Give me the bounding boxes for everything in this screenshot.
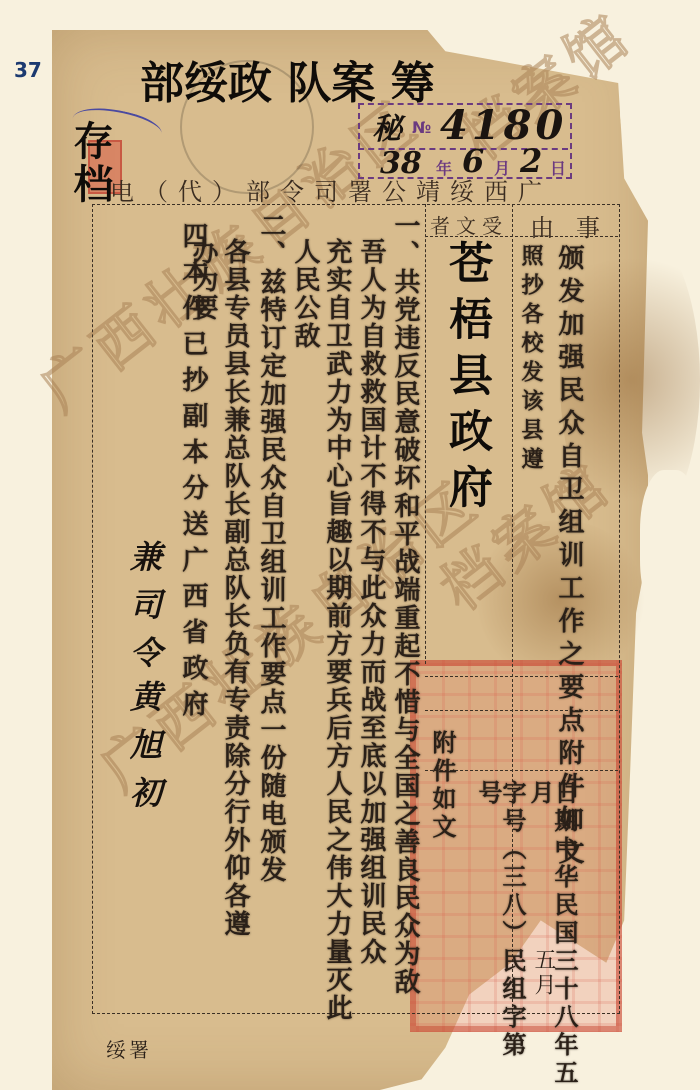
footer-office-mark: 绥署 <box>106 1040 152 1060</box>
header-recipient: 受文者 <box>430 210 508 239</box>
recipient-name: 苍梧县政府 <box>444 240 488 520</box>
margin-note-month: 五月 <box>532 948 554 998</box>
attachment-note: 附件如文 <box>430 730 454 842</box>
stamp-prefix: 秘 <box>372 104 402 148</box>
registration-number: 4180 <box>440 102 567 149</box>
table-divider <box>425 710 618 711</box>
subject-text: 颁发加强民众自卫组训工作之要点附件如文 <box>556 244 582 871</box>
body-paragraph-1-line-1: 一、共党违反民意破坏和平战端重起不惜与全国之善良民众为敌 <box>392 212 418 996</box>
body-paragraph-2-line-1: 二、兹特订定加强民众自卫组训工作要点一份随电颁发 <box>258 212 284 884</box>
table-divider <box>425 676 618 677</box>
printed-document-title: 广西绥靖公署司令部（代）电 <box>110 172 552 207</box>
body-paragraph-1-line-2: 吾人为自救救国计不得不与此众力而战至底以加强组训民众 <box>358 238 384 966</box>
body-paragraph-2-line-2: 各县专员县长兼总队长副总队长负有专责除分行外仰各遵 <box>222 238 248 938</box>
document-date: 日期中华民国三十八年五月 <box>528 780 576 1090</box>
handwritten-approval: 部绥政 队案 筹 <box>140 62 435 106</box>
signature-name: 黄旭初 <box>128 680 160 824</box>
paper-tear <box>640 470 700 620</box>
table-divider <box>425 204 426 664</box>
header-subject: 事由 <box>530 208 622 243</box>
subject-note: 照抄各校发该县遵 <box>520 244 542 476</box>
dispatch-number: 字号（三八）民组字第 号 <box>476 780 524 1090</box>
body-paragraph-1-tail: 人民公敌 <box>292 238 318 350</box>
body-paragraph-3: 四本件已抄副本分送广西省政府 <box>180 222 206 726</box>
stamp-day-label: 日 <box>550 156 566 179</box>
handwritten-filing-mark: 存档 <box>70 120 110 206</box>
archive-page-number: 37 <box>14 58 42 82</box>
signature-title: 兼司令 <box>128 540 160 684</box>
registration-no-label: № <box>412 118 431 137</box>
body-paragraph-1-line-3: 充实自卫武力为中心旨趣以期前方要兵后方人民之伟大力量灭此 <box>324 238 350 1022</box>
